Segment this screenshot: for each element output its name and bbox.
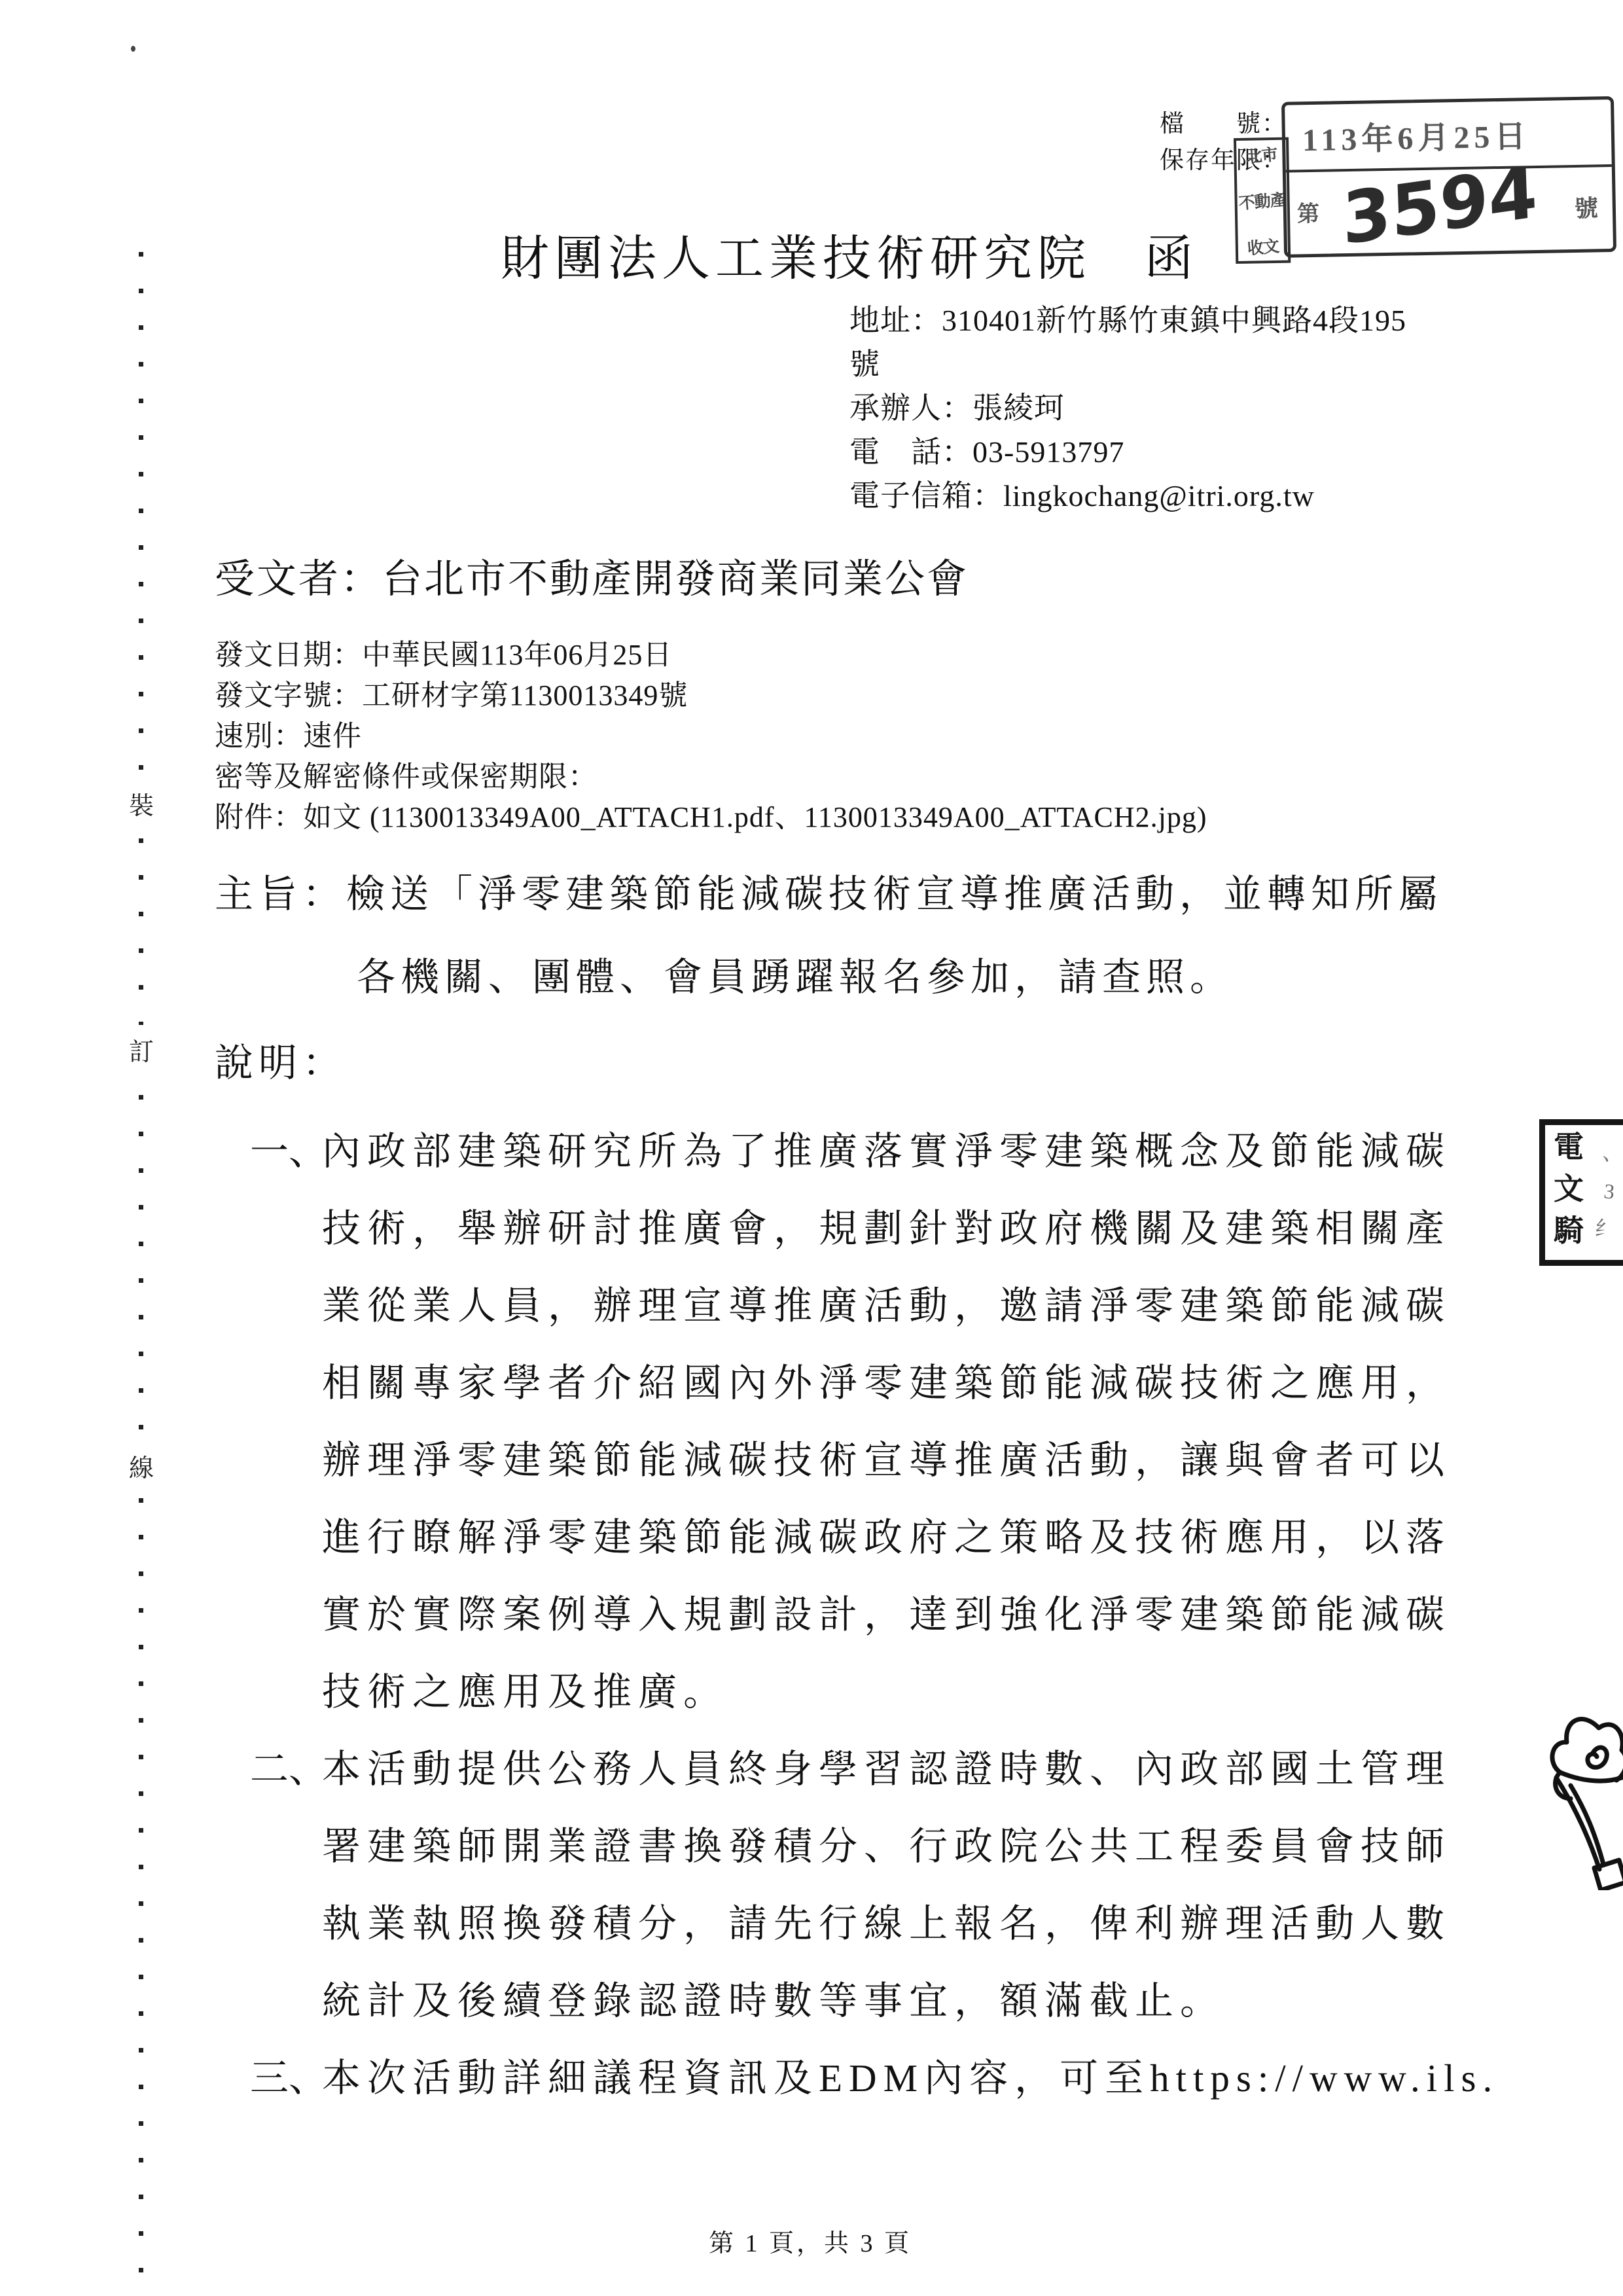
paragraph-1: 一、 內政部建築研究所為了推廣落實淨零建築概念及節能減碳 技術，舉辦研討推廣會，… — [322, 1113, 1499, 1731]
received-stamp-number-row: 第 3594 號 — [1286, 167, 1613, 251]
binding-mark-ding: 訂 — [123, 1025, 160, 1074]
explanation-label: 說明： — [215, 1031, 346, 1087]
rose-doodle-drawing — [1537, 1707, 1623, 1890]
handwritten-mark: 3 — [1593, 1171, 1623, 1211]
stamp-number-prefix: 第 — [1297, 195, 1320, 228]
paragraph-line: 內政部建築研究所為了推廣落實淨零建築概念及節能減碳 — [322, 1113, 1499, 1190]
sender-email: 電子信箱：lingkochang@itri.org.tw — [849, 474, 1406, 518]
stamp-org-cell: 收文 — [1246, 233, 1279, 259]
binding-dotted-line — [139, 252, 143, 2287]
stamp-org-cell: 北市 — [1245, 141, 1278, 168]
received-stamp-main-box: 113年6月25日 第 3594 號 — [1281, 96, 1616, 258]
sender-address-line2: 號 — [849, 342, 1406, 386]
speed-line: 速別：速件 — [215, 716, 1207, 757]
document-title: 財團法人工業技術研究院 函 — [501, 220, 1198, 289]
paragraph-line: 技術，舉辦研討推廣會，規劃針對政府機關及建築相關產 — [322, 1190, 1499, 1267]
paragraph-2-label: 二、 — [250, 1731, 327, 1808]
paragraph-2: 二、 本活動提供公務人員終身學習認證時數、內政部國土管理 署建築師開業證書換發積… — [322, 1731, 1499, 2039]
subject-line2: 各機關、團體、會員踴躍報名參加，請查照。 — [357, 936, 1442, 1019]
edge-seal-characters: 電 文 騎 — [1550, 1126, 1587, 1252]
paragraph-line: 本次活動詳細議程資訊及EDM內容，可至https://www.ils. — [322, 2039, 1499, 2117]
received-stamp: 北市 不動產 收文 113年6月25日 第 3594 號 — [1233, 92, 1615, 259]
paragraph-3: 三、 本次活動詳細議程資訊及EDM內容，可至https://www.ils. — [322, 2039, 1499, 2117]
scanned-letter-page: 裝 訂 線 檔 號： 保存年限： 北市 不動產 收文 113年6月25日 第 3… — [0, 0, 1623, 2296]
subject-line1: 主旨：檢送「淨零建築節能減碳技術宣導推廣活動，並轉知所屬 — [215, 853, 1442, 936]
sender-phone: 電 話：03-5913797 — [849, 430, 1406, 474]
sender-contact-person: 承辦人：張綾珂 — [849, 386, 1406, 430]
subject-block: 主旨：檢送「淨零建築節能減碳技術宣導推廣活動，並轉知所屬 各機關、團體、會員踴躍… — [215, 853, 1442, 1019]
security-line: 密等及解密條件或保密期限： — [215, 757, 1207, 797]
issue-date-line: 發文日期：中華民國113年06月25日 — [215, 635, 1207, 675]
attachment-line: 附件：如文 (1130013349A00_ATTACH1.pdf、1130013… — [215, 797, 1207, 838]
paragraph-line: 本活動提供公務人員終身學習認證時數、內政部國土管理 — [322, 1731, 1499, 1808]
page-footer: 第 1 頁，共 3 頁 — [709, 2223, 912, 2259]
binding-mark-zhuang: 裝 — [123, 779, 160, 828]
paragraph-3-label: 三、 — [250, 2039, 327, 2117]
stamp-org-cell: 不動產 — [1238, 187, 1287, 214]
paragraph-line: 辦理淨零建築節能減碳技術宣導推廣活動，讓與會者可以 — [322, 1422, 1499, 1499]
sender-address-line1: 地址：310401新竹縣竹東鎮中興路4段195 — [849, 298, 1406, 342]
received-stamp-date: 113年6月25日 — [1285, 99, 1612, 173]
paragraph-line: 業從業人員，辦理宣導推廣活動，邀請淨零建築節能減碳 — [322, 1267, 1499, 1344]
paragraph-line: 執業執照換發積分，請先行線上報名，俾利辦理活動人數 — [322, 1885, 1499, 1962]
binding-mark-xian: 線 — [123, 1441, 160, 1490]
paragraph-line: 相關專家學者介紹國內外淨零建築節能減碳技術之應用， — [322, 1344, 1499, 1422]
edge-seal-stamp: 電 文 騎 、 3 纟 — [1539, 1119, 1623, 1266]
document-meta-block: 發文日期：中華民國113年06月25日 發文字號：工研材字第1130013349… — [215, 635, 1207, 838]
recipient-line: 受文者：台北市不動產開發商業同業公會 — [215, 547, 969, 604]
edge-seal-handwriting: 、 3 纟 — [1589, 1133, 1623, 1249]
stamp-number-suffix: 號 — [1574, 190, 1598, 224]
paragraph-1-label: 一、 — [250, 1113, 327, 1190]
paragraph-line: 署建築師開業證書換發積分、行政院公共工程委員會技師 — [322, 1808, 1499, 1885]
paragraph-line: 技術之應用及推廣。 — [322, 1653, 1499, 1731]
handwritten-mark: 纟 — [1589, 1209, 1622, 1249]
paragraph-line: 統計及後續登錄認證時數等事宜，額滿截止。 — [322, 1962, 1499, 2039]
paragraph-line: 進行瞭解淨零建築節能減碳政府之策略及技術應用，以落 — [322, 1499, 1499, 1576]
scan-speck — [131, 46, 135, 52]
doc-number-line: 發文字號：工研材字第1130013349號 — [215, 675, 1207, 716]
explanation-paragraphs: 一、 內政部建築研究所為了推廣落實淨零建築概念及節能減碳 技術，舉辦研討推廣會，… — [322, 1113, 1499, 2117]
edge-seal-char: 騎 — [1550, 1210, 1587, 1252]
sender-contact-block: 地址：310401新竹縣竹東鎮中興路4段195 號 承辦人：張綾珂 電 話：03… — [849, 298, 1406, 518]
handwritten-mark: 、 — [1597, 1133, 1623, 1174]
paragraph-line: 實於實際案例導入規劃設計，達到強化淨零建築節能減碳 — [322, 1576, 1499, 1653]
edge-seal-char: 文 — [1550, 1168, 1587, 1210]
edge-seal-char: 電 — [1550, 1126, 1587, 1168]
